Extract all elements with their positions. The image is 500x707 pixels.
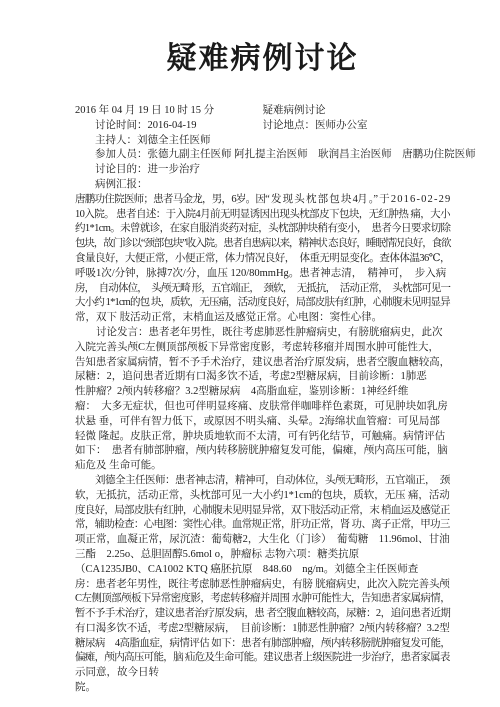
discussion-host: 主持人：刘德全主任医师: [75, 134, 450, 149]
text-line: 告知患者家属病情，暂不予手术治疗，建议患者治疗原发病，患者空腹血糖较高，: [75, 356, 450, 371]
text-line: 常，辅助检查：心电图：窦性心律。血常规正常，肝功正常，肾 功、离子正常，甲功三: [75, 518, 450, 533]
discussion-purpose: 讨论目的：进一步治疗: [75, 163, 450, 178]
report-datetime: 2016 年 04 月 19 日 10 时 15 分: [75, 104, 263, 119]
text-line: 入院完善头颅C左侧顶部颅板下异常密度影，考虑转移瘤并周围水肿可能性大，: [75, 341, 450, 356]
text-line: 约1*1cm。未曾就诊，在家自服消炎药对症，头枕部肿块稍有变小， 患者今日要求切…: [75, 222, 450, 237]
text-line: 暂不予手术治疗，建议患者治疗原发病，患 者空腹血糖较高，尿糖：2，追问患者近期: [75, 607, 450, 622]
text-line: 呼吸1次/分钟，脉搏7次/分，血压 120/80mmHg。患者神志清， 精神可，…: [75, 267, 450, 282]
text-line: 常，双下 肢活动正常，末梢血运及感觉正常。心电图：窦性心律。: [75, 311, 450, 326]
document-title: 疑难病例讨论: [75, 40, 450, 78]
text-line: 偏瘫，颅内高压可能，脑 疝危及生命可能。建议患者上级医院进一步治疗，患者家属表: [75, 651, 450, 666]
text-line: 包块，故门诊以“颈部包块”收入院。患者自患病以来，精神状 态良好，睡眠情况良好，…: [75, 237, 450, 252]
text-line: C左侧顶部颅板下异常密度影，考虑转移瘤并周围 水肿可能性大，告知患者家属病情，: [75, 592, 450, 607]
text-line: 瘤： 大多无症状，但也可伴明显疼痛、皮肤常伴咖啡样色素斑，可见肿块如乳房: [75, 400, 450, 415]
text-line: 10入院。 患者自述：于入院4月前无明显诱因出现头枕部皮下包块，无红肿热 痛，大…: [75, 208, 450, 223]
header-meta-row: 2016 年 04 月 19 日 10 时 15 分 疑难病例讨论: [75, 104, 450, 119]
text-line: 示同意，故今日转: [75, 666, 450, 681]
text-line: 糖尿病 4高脂血症，病情评估 如下：患者有肺部肿瘤，颅内转移膀胱肿瘤复发可能，: [75, 637, 450, 652]
discussion-time-row: 讨论时间：2016-04-19 讨论地点：医师办公室: [75, 119, 450, 134]
document-page: 疑难病例讨论 2016 年 04 月 19 日 10 时 15 分 疑难病例讨论…: [0, 0, 500, 707]
text-line: 度良好，局部皮肤有红肿，心肺腹未见明显异常，双下肢活动正常，末 梢血运及感觉正: [75, 504, 450, 519]
text-line: 如下： 患者有肺部肿瘤，颅内转移膀胱肿瘤复发可能，偏瘫，颅内高压可能，脑: [75, 444, 450, 459]
text-line: 项正常，血凝正常，尿沉渣：葡萄糖2，大生化（门诊） 葡萄糖 11.96mol、甘…: [75, 533, 450, 548]
document-body: 唐鹏功住院医师；患者马金龙，男，6岁。因“ 发 现 头 枕 部 包 块 4月 。…: [75, 193, 450, 696]
text-line: 轻微 隆起。皮肤正常，肿块质地软而不太清，可有钙化结节，可触痛。病情评估: [75, 430, 450, 445]
discussion-time: 讨论时间：2016-04-19: [75, 119, 263, 134]
text-line: 状悬 垂，可伴有智力低下，或原因不明头痛、头晕。2海绵状血管瘤：可见局部: [75, 415, 450, 430]
text-line: 性肿瘤？2颅内转移瘤？3.2型糖尿病 4高脂血症，鉴别诊断：1神经纤维: [75, 385, 450, 400]
discussion-place: 讨论地点：医师办公室: [263, 119, 451, 134]
document-content: 疑难病例讨论 2016 年 04 月 19 日 10 时 15 分 疑难病例讨论…: [0, 0, 500, 696]
doc-type-label: 疑难病例讨论: [263, 104, 451, 119]
text-line: 房：患者老年男性，既往考虑肺恶性肿瘤病史，有膀 胱瘤病史，此次入院完善头颅: [75, 578, 450, 593]
discussion-participants: 参加人员：张德九副主任医师 阿扎提主治医师 耿润昌主治医师 唐鹏功住院医师: [75, 148, 450, 163]
text-line: 食量良好，大便正常，小便正常，体力情况良好， 体重无明显变化。查体体温36℃，: [75, 252, 450, 267]
text-line: 尿糖：2，追问患者近期有口渴多饮不适，考虑2型糖尿病，目前诊断：1肺恶: [75, 370, 450, 385]
text-line: 软，无抵抗，活动正常，头枕部可见一大小约1*1cm的包块，质软，无压 痛，活动: [75, 489, 450, 504]
text-line: 疝危及 生命可能。: [75, 459, 450, 474]
text-line: 院。: [75, 681, 450, 696]
text-line: 房， 自动体位， 头颅无畸 形，五官端正， 颈软， 无抵抗， 活动正常， 头枕部…: [75, 282, 450, 297]
text-line: 讨论发言：患者老年男性，既往考虑肺恶性肿瘤病史，有膀胱瘤病史，此次: [75, 326, 450, 341]
text-line: 三酯 2.25o、总胆固醇5.6mol o，肿瘤标 志物六项：糖类抗原: [75, 548, 450, 563]
case-report-label: 病例汇报：: [75, 178, 450, 193]
text-line: 唐鹏功住院医师；患者马金龙，男，6岁。因“ 发 现 头 枕 部 包 块 4月 。…: [75, 193, 450, 208]
text-line: 有口渴多饮不适，考虑2型糖尿病， 目前诊断：1肺恶性肿瘤？2颅内转移瘤？3.2型: [75, 622, 450, 637]
text-line: 大小约 1*1cm的包 块，质软，无压痛，活动度良好，局部皮肤有红肿，心肺腹未见…: [75, 296, 450, 311]
text-line: （CA1235JB0、CA1002 KTQ 癌胚抗原 848.60 ng/m。刘…: [75, 563, 450, 578]
text-line: 刘德全主任医师：患者神志清，精神可，自动体位，头颅无畸形，五官端正， 颈: [75, 474, 450, 489]
